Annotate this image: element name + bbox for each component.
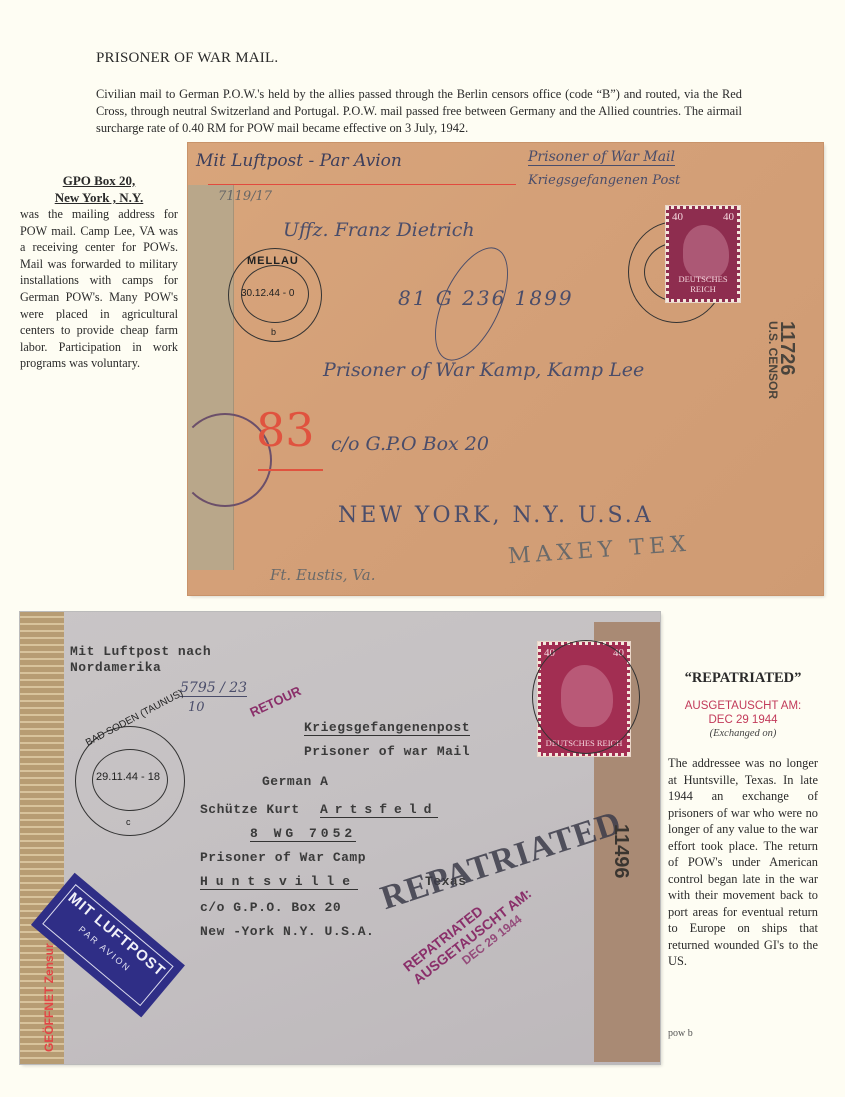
postmark-letter: b [271, 327, 276, 337]
intro-paragraph: Civilian mail to German P.O.W.'s held by… [96, 86, 742, 137]
airmail-handwritten: Mit Luftpost - Par Avion [196, 151, 402, 171]
address-line-2-surname: Artsfeld [320, 802, 438, 818]
red-censor-text: GEÖFFNET Zensur [42, 943, 56, 1052]
postmark-date: 29.11.44 - 18 [96, 771, 160, 783]
right-note: “REPATRIATED” AUSGETAUSCHT AM: DEC 29 19… [668, 670, 818, 970]
airmail-line-2: Nordamerika [70, 660, 161, 675]
pow-line-1: Prisoner of War Mail [528, 149, 675, 166]
left-note-heading-2: New York , N.Y. [20, 189, 178, 206]
airmail-line-1: Mit Luftpost nach [70, 644, 211, 659]
address-line-3: 8 WG 7052 [250, 826, 356, 842]
postmark-date: 30.12.44 - 0 [241, 288, 294, 299]
ref-sub: 10 [188, 700, 205, 715]
postage-stamp: 40 40 DEUTSCHES REICH [666, 206, 740, 302]
stamp-country: DEUTSCHES REICH [669, 274, 737, 294]
pow-line-2: Prisoner of war Mail [304, 744, 470, 759]
address-line-6: c/o G.P.O. Box 20 [200, 900, 341, 915]
right-note-body: The addressee was no longer at Huntsvill… [668, 755, 818, 970]
postmark-bad-soden: BAD SODEN (TAUNUS) 29.11.44 - 18 c [75, 726, 185, 836]
page-footnote: pow b [668, 1028, 693, 1039]
page-title: PRISONER OF WAR MAIL. [96, 50, 278, 67]
pow-line-2: Kriegsgefangenen Post [528, 173, 680, 188]
exchange-translation: (Exchanged on) [668, 728, 818, 739]
censor-number: 11496 [609, 824, 632, 879]
addressee: Uffz. Franz Dietrich [283, 219, 475, 241]
address-line-5-city: Huntsville [200, 874, 358, 890]
city-address: NEW YORK, N.Y. U.S.A [338, 503, 654, 528]
redirect-maxey: MAXEY TEX [507, 532, 691, 570]
pow-line-1: Kriegsgefangenenpost [304, 720, 470, 736]
left-note: GPO Box 20, New York , N.Y. was the mail… [20, 172, 178, 372]
exchange-stamp-line-2: DEC 29 1944 [668, 713, 818, 727]
censor-tape [188, 185, 234, 570]
right-note-heading: “REPATRIATED” [668, 670, 818, 687]
ref-number: 5795 / 23 [180, 680, 247, 697]
retour-stamp: RETOUR [247, 683, 303, 720]
censor-label: U.S. CENSOR [766, 321, 780, 399]
ref-number: 7119/17 [218, 189, 272, 204]
postmark-letter: c [126, 817, 131, 827]
left-note-heading-1: GPO Box 20, [20, 172, 178, 189]
address-line-1: German A [262, 774, 328, 789]
address-line-4: Prisoner of War Camp [200, 850, 366, 865]
left-note-body: was the mailing address for POW mail. Ca… [20, 206, 178, 372]
envelope-huntsville: GEÖFFNET Zensur Mit Luftpost nach Nordam… [20, 612, 660, 1064]
postmark-town: BAD SODEN (TAUNUS) [84, 688, 185, 749]
gpo-address: c/o G.P.O Box 20 [331, 433, 489, 455]
address-line-7: New -York N.Y. U.S.A. [200, 924, 374, 939]
exchange-stamp-line-1: AUSGETAUSCHT AM: [668, 699, 818, 713]
address-line-2-name: Schütze Kurt [200, 802, 300, 817]
envelope-camp-lee: Mit Luftpost - Par Avion Prisoner of War… [188, 143, 823, 595]
red-number-underline [258, 469, 323, 471]
red-number: 83 [256, 403, 315, 457]
postmark-bad-soden-stamp [532, 640, 640, 754]
postmark-mellau: MELLAU 30.12.44 - 0 b [228, 248, 322, 342]
postmark-town: MELLAU [247, 255, 299, 267]
redirect-eustis: Ft. Eustis, Va. [270, 566, 376, 584]
red-underline [208, 184, 516, 185]
camp-address: Prisoner of War Kamp, Kamp Lee [323, 359, 644, 381]
